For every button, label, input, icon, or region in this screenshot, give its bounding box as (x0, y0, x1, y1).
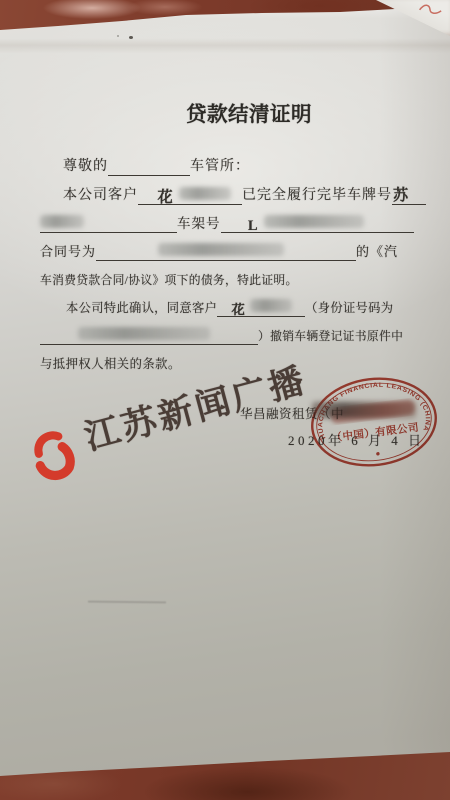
redaction-blur (78, 327, 210, 340)
contract-line-2-text: 车消费贷款合同/协议》项下的债务，特此证明。 (40, 271, 298, 289)
redaction-blur (158, 243, 284, 256)
clause-line: 与抵押权人相关的条款。 (40, 354, 181, 373)
redaction-blur (312, 402, 416, 418)
confirm-tail: （身份证号码为 (305, 299, 393, 317)
paper-speck (129, 36, 133, 39)
idnumber-line: ）撤销车辆登记证书原件中 (40, 326, 403, 345)
vin-prefix: L (247, 218, 260, 234)
customer-surname: 花 (157, 190, 175, 206)
clause-text: 与抵押权人相关的条款。 (40, 355, 181, 373)
doc-title: 贷款结清证明 (186, 97, 312, 127)
seal-bottom-dot (376, 452, 380, 456)
contract-line: 合同号为 的《汽 (40, 242, 398, 261)
plate-prefix: 苏 (392, 188, 410, 204)
redacted-underline (40, 215, 177, 233)
contract-lead: 合同号为 (40, 243, 96, 261)
redaction-blur (179, 187, 231, 200)
paper-speck (117, 35, 119, 37)
idnumber-tail: ）撤销车辆登记证书原件中 (258, 327, 403, 345)
seal-inner-text: （中国）有限公司 (331, 421, 420, 445)
redaction-blur (264, 215, 364, 228)
greeting-pre: 尊敬的 (63, 158, 108, 176)
customer-name-underline: 花 (138, 187, 242, 205)
blank-underline (108, 158, 190, 176)
redaction-blur (40, 215, 84, 228)
confirm-lead: 本公司特此确认，同意客户 (66, 299, 217, 317)
customer-line-lead: 本公司客户 (63, 187, 138, 205)
spacer (138, 201, 152, 202)
greeting-post: 车管所： (190, 158, 250, 176)
paper-document: 贷款结清证明 尊敬的 车管所： 本公司客户 花 已完全履行完毕车牌号 苏 (0, 0, 450, 800)
vin-label: 车架号 (177, 215, 221, 233)
customer-surname: 花 (231, 302, 247, 317)
contract-underline (96, 243, 356, 261)
vin-line: 车架号 L (40, 214, 414, 233)
contract-tail: 的《汽 (356, 243, 398, 261)
plate-underline: 苏 (392, 187, 426, 205)
contract-line-2: 车消费贷款合同/协议》项下的债务，特此证明。 (40, 270, 298, 289)
vin-underline: L (221, 215, 414, 233)
greeting-line: 尊敬的 车管所： (63, 157, 250, 176)
redaction-blur (250, 299, 292, 312)
customer-line: 本公司客户 花 已完全履行完毕车牌号 苏 (63, 186, 426, 205)
red-print-squiggle (416, 0, 445, 21)
confirm-name-underline: 花 (217, 299, 305, 317)
customer-line-mid: 已完全履行完毕车牌号 (242, 187, 392, 205)
spacer (217, 313, 227, 314)
photo-of-document: 贷款结清证明 尊敬的 车管所： 本公司客户 花 已完全履行完毕车牌号 苏 (0, 0, 450, 800)
confirm-line: 本公司特此确认，同意客户 花 （身份证号码为 (66, 298, 393, 317)
spacer (221, 229, 243, 230)
idnumber-underline (40, 327, 258, 345)
faint-pencil-mark (88, 601, 166, 603)
jiangsu-news-logo-icon (21, 425, 89, 490)
